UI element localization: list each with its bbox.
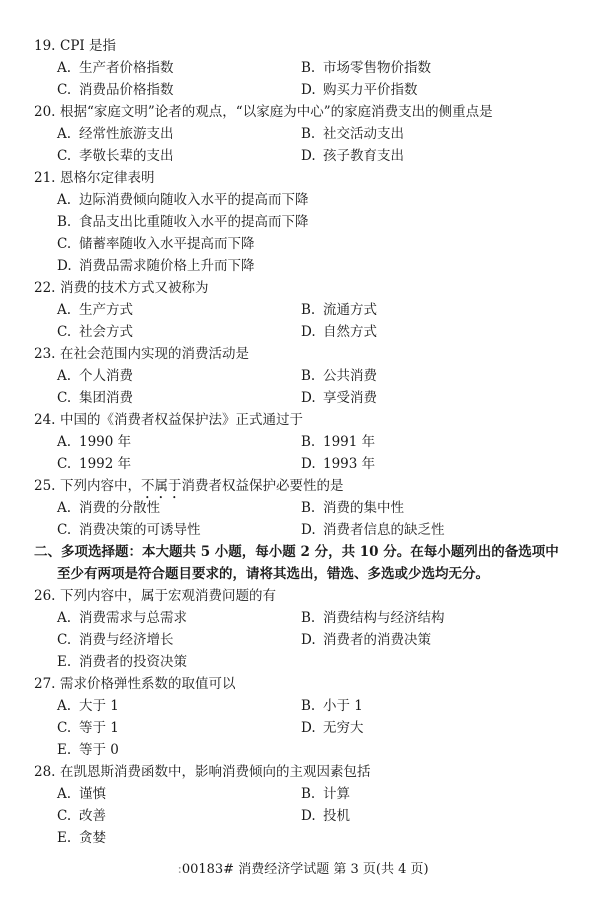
option-d: D.享受消费 [301, 387, 377, 409]
option-d: D.无穷大 [301, 717, 364, 739]
question-stem: 恩格尔定律表明 [60, 167, 155, 189]
question-number: 23. [34, 343, 55, 365]
question-number: 24. [34, 409, 55, 431]
option-a: A.谨慎 [57, 783, 106, 805]
option-a: A.个人消费 [57, 365, 133, 387]
question-number: 22. [34, 277, 55, 299]
question-number: 21. [34, 167, 55, 189]
question-number: 28. [34, 761, 55, 783]
section-instructions: 至少有两项是符合题目要求的，请将其选出，错选、多选或少选均无分。 [57, 563, 489, 585]
option-d: D.消费品需求随价格上升而下降 [57, 255, 255, 277]
option-c: C.消费决策的可诱导性 [57, 519, 201, 541]
option-b: B.公共消费 [301, 365, 377, 387]
option-d: D.1993 年 [301, 453, 375, 475]
question-number: 27. [34, 673, 55, 695]
option-a: A.经常性旅游支出 [57, 123, 174, 145]
option-d: D.消费者的消费决策 [301, 629, 431, 651]
option-c: C.社会方式 [57, 321, 133, 343]
option-b: B.1991 年 [301, 431, 375, 453]
footer-text: 00183# 消费经济学试题 第 3 页(共 4 页) [182, 862, 429, 877]
question-stem: 下列内容中，属于宏观消费问题的有 [60, 585, 276, 607]
exam-page: 19. CPI 是指 A.生产者价格指数 B.市场零售物价指数 C.消费品价格指… [0, 0, 606, 905]
option-a: A.边际消费倾向随收入水平的提高而下降 [57, 189, 309, 211]
option-a: A.1990 年 [57, 431, 131, 453]
option-a: A.大于 1 [57, 695, 119, 717]
option-c: C.改善 [57, 805, 106, 827]
option-b: B.食品支出比重随收入水平的提高而下降 [57, 211, 309, 233]
question-stem: 中国的《消费者权益保护法》正式通过于 [60, 409, 303, 431]
emphasized-text: 不属于 [141, 478, 182, 494]
option-d: D.自然方式 [301, 321, 377, 343]
option-d: D.孩子教育支出 [301, 145, 404, 167]
option-c: C.消费品价格指数 [57, 79, 174, 101]
option-e: E.消费者的投资决策 [57, 651, 187, 673]
option-c: C.储蓄率随收入水平提高而下降 [57, 233, 255, 255]
option-e: E.贪婪 [57, 827, 106, 849]
option-b: B.计算 [301, 783, 350, 805]
option-b: B.消费的集中性 [301, 497, 404, 519]
question-stem: 根据“家庭文明”论者的观点，“以家庭为中心”的家庭消费支出的侧重点是 [60, 101, 493, 123]
question-number: 19. [34, 35, 55, 57]
question-stem: 需求价格弹性系数的取值可以 [60, 673, 236, 695]
option-a: A.生产方式 [57, 299, 133, 321]
option-c: C.消费与经济增长 [57, 629, 174, 651]
option-d: D.消费者信息的缺乏性 [301, 519, 445, 541]
option-a: A.消费需求与总需求 [57, 607, 187, 629]
option-b: B.流通方式 [301, 299, 377, 321]
option-a: A.消费的分散性 [57, 497, 160, 519]
option-c: C.1992 年 [57, 453, 131, 475]
question-stem: 在社会范围内实现的消费活动是 [60, 343, 249, 365]
question-stem: 在凯恩斯消费函数中，影响消费倾向的主观因素包括 [60, 761, 371, 783]
option-b: B.社交活动支出 [301, 123, 404, 145]
option-a: A.生产者价格指数 [57, 57, 174, 79]
question-number: 20. [34, 101, 55, 123]
option-c: C.集团消费 [57, 387, 133, 409]
question-stem: CPI 是指 [60, 35, 116, 57]
section-heading: 二、多项选择题：本大题共 5 小题，每小题 2 分，共 10 分。在每小题列出的… [34, 541, 559, 563]
option-d: D.投机 [301, 805, 350, 827]
option-c: C.等于 1 [57, 717, 119, 739]
option-e: E.等于 0 [57, 739, 119, 761]
question-stem: 消费的技术方式又被称为 [60, 277, 209, 299]
page-footer: :00183# 消费经济学试题 第 3 页(共 4 页) [0, 860, 606, 880]
option-d: D.购买力平价指数 [301, 79, 418, 101]
option-b: B.市场零售物价指数 [301, 57, 431, 79]
question-number: 25. [34, 475, 55, 497]
option-c: C.孝敬长辈的支出 [57, 145, 174, 167]
question-number: 26. [34, 585, 55, 607]
option-b: B.消费结构与经济结构 [301, 607, 445, 629]
option-b: B.小于 1 [301, 695, 363, 717]
